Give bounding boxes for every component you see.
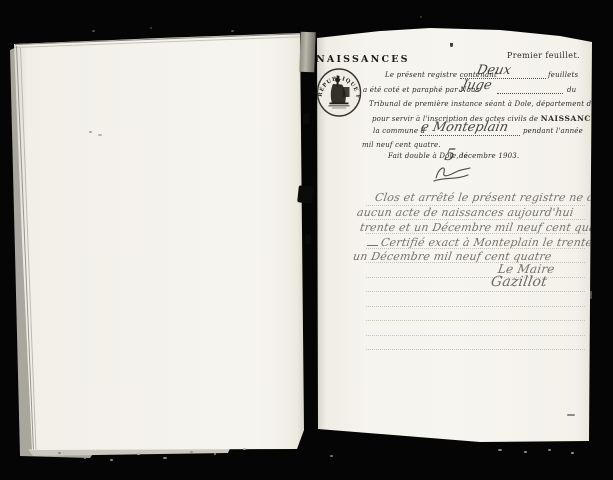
dust-speck	[420, 16, 422, 18]
statement-line5: la commune d	[373, 127, 425, 135]
scan-speckle	[548, 449, 551, 451]
binding-tab	[299, 32, 315, 72]
scan-speckle	[137, 453, 140, 455]
statement-line4-end: dans	[606, 115, 613, 123]
scan-speckle	[190, 451, 193, 453]
binding-mark	[305, 234, 311, 244]
fill-day-number: 5	[443, 145, 457, 164]
fill-officer: Juge	[460, 78, 493, 93]
binding-mark	[297, 185, 314, 203]
binding-mark	[303, 113, 309, 124]
dust-speck	[231, 30, 234, 32]
page-top-edge-line	[15, 33, 302, 45]
scan-speckle	[163, 457, 167, 459]
closure-line: aucun acte de naissances aujourd'hui	[356, 206, 575, 219]
ruled-line	[366, 306, 585, 307]
scan-speckle	[214, 453, 216, 455]
sheet-number-label: Premier feuillet.	[507, 51, 580, 60]
scan-speckle	[58, 452, 61, 454]
scan-speckle	[571, 452, 574, 454]
mayor-signature: Gazillot	[490, 274, 549, 290]
register-type-heading: NAISSANCES	[316, 54, 410, 65]
scan-speckle	[330, 455, 333, 457]
statement-line3: Tribunal de première instance séant à Do…	[369, 100, 613, 108]
closure-line: Clos et arrêté le présent registre ne co…	[374, 191, 613, 204]
statement-line5-end: pendant l'année	[523, 127, 583, 135]
scan-speckle	[243, 448, 246, 450]
republique-francaise-stamp: RÉPUBLIQUE FRANÇAISE	[315, 66, 363, 119]
closure-line: Certifié exact à Monteplain le trente et	[380, 236, 608, 249]
statement-line4-bold: NAISSANCES	[541, 114, 604, 123]
statement-line2-end: du	[567, 86, 576, 94]
ink-speck	[567, 414, 575, 416]
scan-speckle	[498, 449, 502, 451]
scan-speckle	[110, 459, 113, 461]
statement-date-end: décembre 1903.	[459, 152, 519, 160]
ruled-line	[366, 219, 585, 220]
dotted-leader	[497, 93, 563, 94]
page-top-edge-line	[15, 36, 302, 48]
closure-dash	[367, 245, 378, 246]
statement-line6: mil neuf cent quatre.	[362, 141, 441, 149]
judge-paraph-flourish	[432, 163, 474, 183]
statement-date-line: Fait double à Dole, le	[388, 152, 468, 160]
fill-sheet-count: Deux	[475, 63, 512, 78]
statement-line1-end: feuillets	[548, 71, 578, 79]
scan-speckle	[524, 451, 527, 453]
dust-speck	[92, 30, 95, 32]
ruled-line	[366, 335, 585, 336]
scan-speckle	[84, 457, 86, 459]
ruled-line	[366, 277, 585, 278]
dotted-leader	[420, 135, 520, 136]
ruled-line	[366, 349, 585, 350]
registry-scan: NAISSANCES Premier feuillet. RÉPUBLIQUE …	[0, 0, 613, 480]
paper-speck	[98, 134, 102, 136]
paper-speck	[89, 131, 92, 133]
ruled-line	[366, 291, 585, 292]
fill-commune: e Monteplain	[419, 120, 509, 135]
closure-line: trente et un Décembre mil neuf cent quat…	[359, 221, 613, 234]
ink-speck	[450, 43, 453, 47]
dust-speck	[150, 27, 152, 29]
ruled-line	[366, 320, 585, 321]
